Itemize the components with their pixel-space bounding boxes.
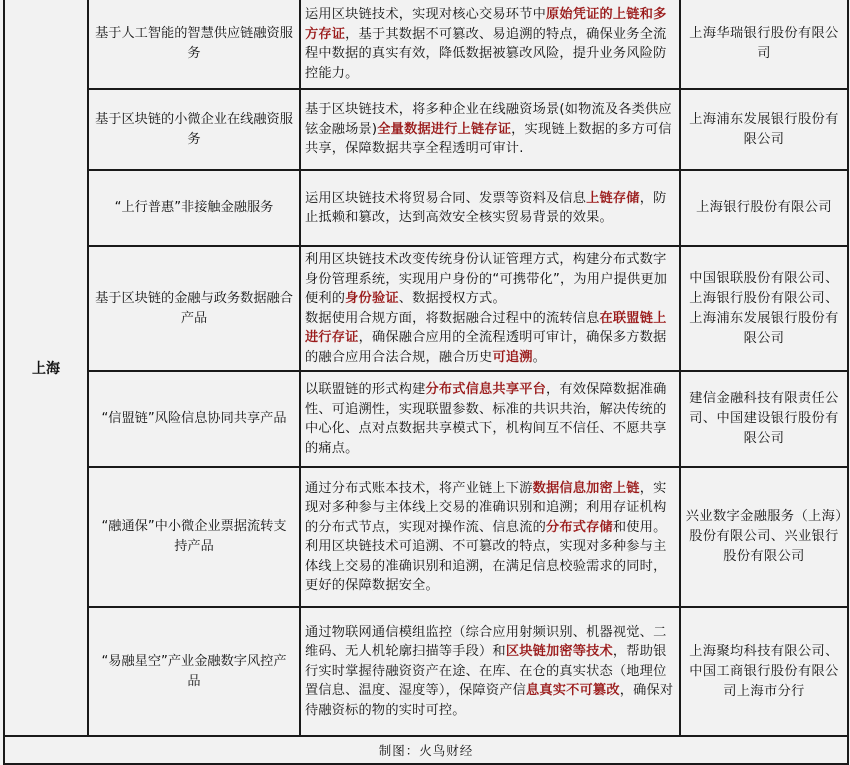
product-name: “易融星空”产业金融数字风控产品 [88, 607, 300, 736]
product-description: 运用区块链技术将贸易合同、发票等资料及信息上链存储，防止抵赖和篡改，达到高效安全… [300, 170, 680, 246]
highlighted-keyword: 分布式信息共享平台 [426, 382, 547, 397]
highlighted-keyword: 可追溯 [492, 350, 532, 365]
product-description: 运用区块链技术，实现对核心交易环节中原始凭证的上链和多方存证，基于其数据不可篡改… [300, 0, 680, 89]
product-description: 通过分布式账本技术，将产业链上下游数据信息加密上链，实现对多种参与主体线上交易的… [300, 467, 680, 607]
organization: 上海浦东发展银行股份有限公司 [680, 89, 848, 170]
organization: 上海华瑞银行股份有限公司 [680, 0, 848, 89]
organization: 建信金融科技有限责任公司、中国建设银行股份有限公司 [680, 371, 848, 467]
table-row: 上海 基于人工智能的智慧供应链融资服务 运用区块链技术，实现对核心交易环节中原始… [4, 0, 848, 89]
organization: 上海聚均科技有限公司、中国工商银行股份有限公司上海市分行 [680, 607, 848, 736]
footer-row: 制图：火鸟财经 [4, 736, 848, 764]
description-text: 运用区块链技术将贸易合同、发票等资料及信息 [305, 191, 586, 206]
product-name: 基于人工智能的智慧供应链融资服务 [88, 0, 300, 89]
description-text: ，确保融合应用的全流程透明可审计，确保多方数据的融合应用合法合规，融合历史 [305, 330, 666, 365]
table-row: “易融星空”产业金融数字风控产品 通过物联网通信模组监控（综合应用射频识别、机器… [4, 607, 848, 736]
product-name: 基于区块链的小微企业在线融资服务 [88, 89, 300, 170]
table-row: “信盟链”风险信息协同共享产品 以联盟链的形式构建分布式信息共享平台，有效保障数… [4, 371, 848, 467]
highlighted-keyword: 身份验证 [345, 291, 399, 306]
highlighted-keyword: 上链存储 [586, 191, 640, 206]
description-text: ，基于其数据不可篡改、易追溯的特点，确保业务全流程中数据的真实有效，降低数据被篡… [305, 27, 666, 81]
table-row: “上行普惠”非接触金融服务 运用区块链技术将贸易合同、发票等资料及信息上链存储，… [4, 170, 848, 246]
highlighted-keyword: 息真实不可篡改 [526, 683, 620, 698]
organization: 中国银联股份有限公司、上海银行股份有限公司、上海浦东发展银行股份有限公司 [680, 246, 848, 371]
table-body: 上海 基于人工智能的智慧供应链融资服务 运用区块链技术，实现对核心交易环节中原始… [4, 0, 848, 764]
description-text: 运用区块链技术，实现对核心交易环节中 [305, 7, 546, 22]
description-text: 以联盟链的形式构建 [305, 382, 426, 397]
description-text: 数据使用合规方面，将数据融合过程中的流转信息 [305, 311, 600, 326]
table-row: “融通保”中小微企业票据流转支持产品 通过分布式账本技术，将产业链上下游数据信息… [4, 467, 848, 607]
description-text: 、数据授权方式。 [399, 291, 506, 306]
description-text: 。 [533, 350, 546, 365]
fintech-blockchain-table: 上海 基于人工智能的智慧供应链融资服务 运用区块链技术，实现对核心交易环节中原始… [3, 0, 849, 765]
product-description: 通过物联网通信模组监控（综合应用射频识别、机器视觉、二维码、无人机轮廓扫描等手段… [300, 607, 680, 736]
product-description: 利用区块链技术改变传统身份认证管理方式，构建分布式数字身份管理系统，实现用户身份… [300, 246, 680, 371]
product-name: “融通保”中小微企业票据流转支持产品 [88, 467, 300, 607]
highlighted-keyword: 数据信息加密上链 [533, 481, 640, 496]
footer-caption: 制图：火鸟财经 [4, 736, 848, 764]
highlighted-keyword: 区块链加密等技术 [506, 644, 613, 659]
highlighted-keyword: 分布式存储 [546, 520, 613, 535]
table-row: 基于区块链的金融与政务数据融合产品 利用区块链技术改变传统身份认证管理方式，构建… [4, 246, 848, 371]
product-name: “上行普惠”非接触金融服务 [88, 170, 300, 246]
product-name: “信盟链”风险信息协同共享产品 [88, 371, 300, 467]
product-description: 以联盟链的形式构建分布式信息共享平台，有效保障数据准确性、可追溯性，实现联盟参数… [300, 371, 680, 467]
organization: 兴业数字金融服务（上海）股份有限公司、兴业银行股份有限公司 [680, 467, 848, 607]
description-text: 通过分布式账本技术，将产业链上下游 [305, 481, 533, 496]
region-cell: 上海 [4, 0, 88, 736]
highlighted-keyword: 全量数据进行上链存证 [377, 122, 511, 137]
table-row: 基于区块链的小微企业在线融资服务 基于区块链技术，将多种企业在线融资场景(如物流… [4, 89, 848, 170]
organization: 上海银行股份有限公司 [680, 170, 848, 246]
product-name: 基于区块链的金融与政务数据融合产品 [88, 246, 300, 371]
product-description: 基于区块链技术，将多种企业在线融资场景(如物流及各类供应铉金融场景)全量数据进行… [300, 89, 680, 170]
